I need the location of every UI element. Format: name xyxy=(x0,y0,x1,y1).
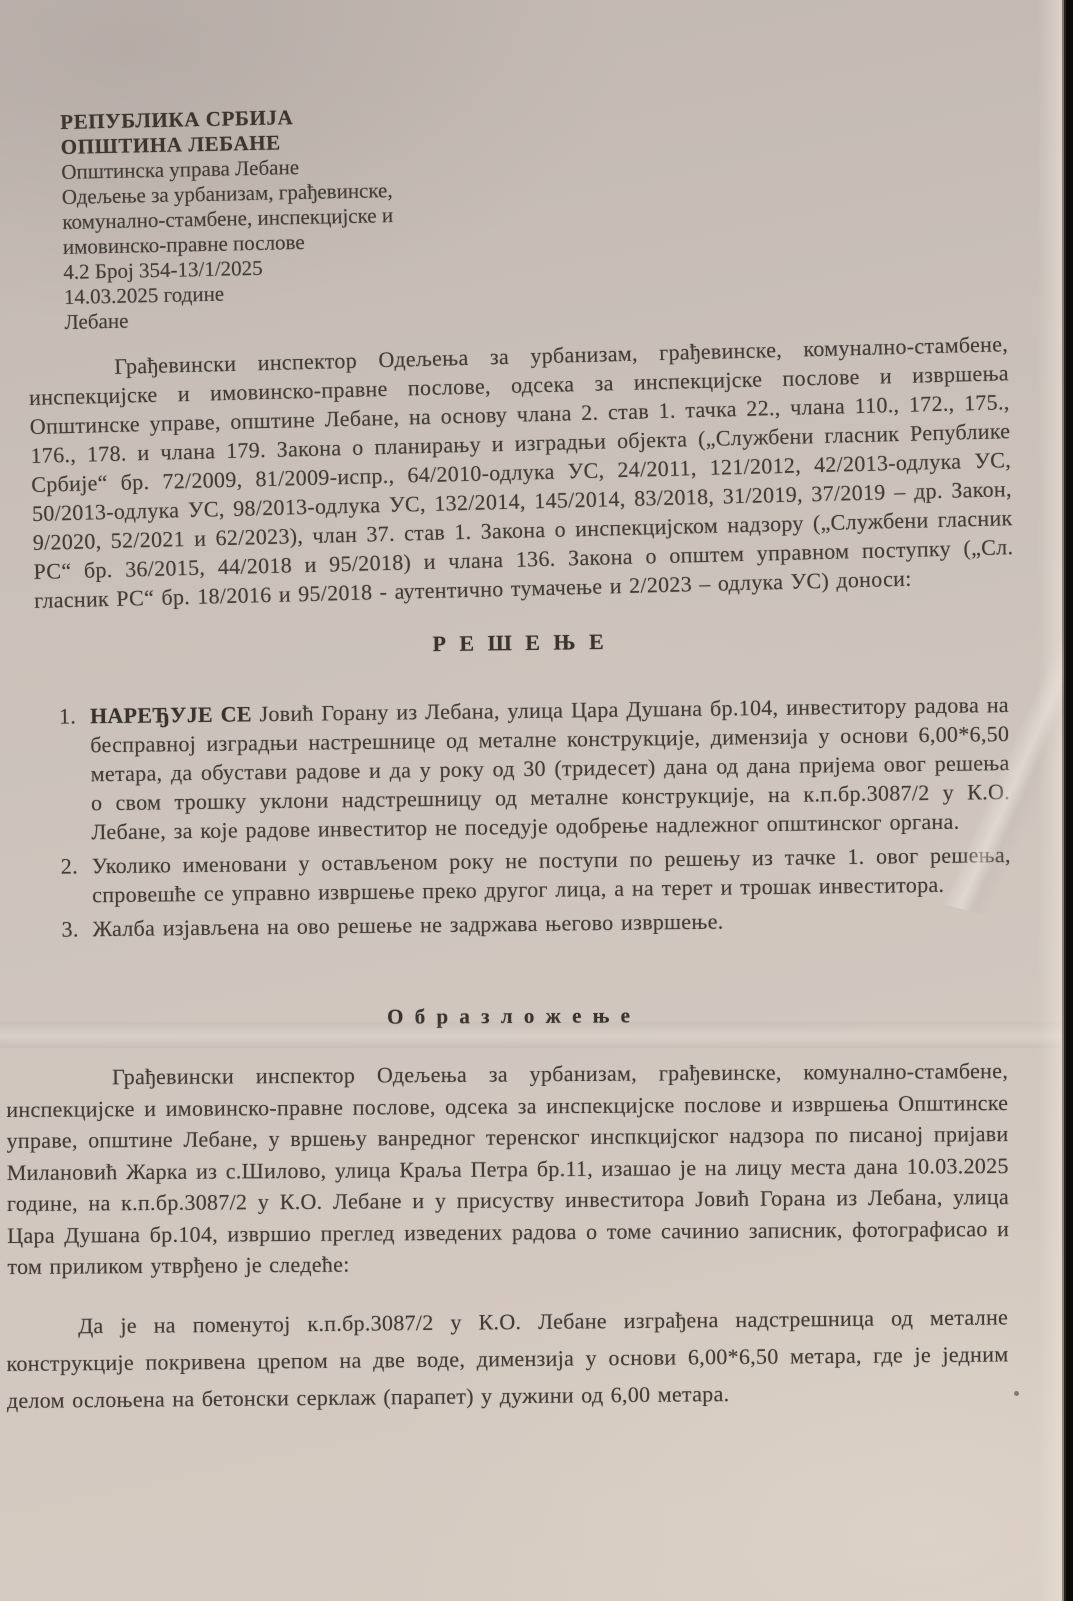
document-page: РЕПУБЛИКА СРБИЈА ОПШТИНА ЛЕБАНЕ Општинск… xyxy=(0,0,1073,1601)
resolution-title: Р Е Ш Е Њ Е xyxy=(30,624,1010,662)
rationale-paragraph-2: Да је на поменутој к.п.бр.3087/2 у К.О. … xyxy=(6,1298,1009,1419)
resolution-item-1: 1.НАРЕЂУЈЕ СЕ Јовић Горану из Лебана, ул… xyxy=(59,690,1011,847)
resolution-list: 1.НАРЕЂУЈЕ СЕ Јовић Горану из Лебана, ул… xyxy=(59,690,1012,944)
item-text: Уколико именовани у остављеном року не п… xyxy=(92,842,1011,907)
item-number: 3. xyxy=(61,914,78,943)
resolution-item-3: 3.Жалба изјављена на ово решење не задрж… xyxy=(61,903,1011,944)
resolution-item-2: 2.Уколико именовани у остављеном року не… xyxy=(61,840,1012,910)
resolution-section: Р Е Ш Е Њ Е 1.НАРЕЂУЈЕ СЕ Јовић Горану и… xyxy=(30,624,1014,949)
intro-paragraph: Грађевински инспектор Одељења за урбаниз… xyxy=(28,329,1014,615)
item-text: Жалба изјављена на ово решење не задржав… xyxy=(92,909,723,942)
paper-fold-shadow xyxy=(0,1022,1062,1048)
stray-ink-mark xyxy=(1014,1391,1019,1396)
letterhead: РЕПУБЛИКА СРБИЈА ОПШТИНА ЛЕБАНЕ Општинск… xyxy=(60,100,545,335)
item-number: 2. xyxy=(61,851,78,880)
paper-edge-highlight xyxy=(1038,0,1062,1601)
item-number: 1. xyxy=(59,701,76,730)
item-lead-bold: НАРЕЂУЈЕ СЕ xyxy=(90,701,252,728)
photo-background-edge xyxy=(1062,0,1073,1601)
rationale-paragraph-1: Грађевински инспектор Одељења за урбаниз… xyxy=(6,1055,1010,1282)
